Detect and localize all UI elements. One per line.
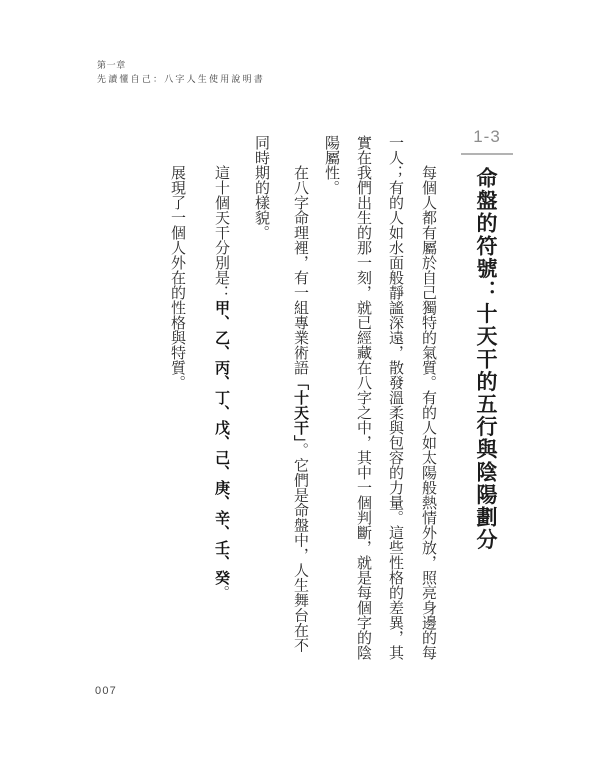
- body-run: 一人；有的人如水面般靜謐深遠，散發溫柔與包容的力量。這些性格的差異，其: [387, 135, 403, 660]
- body-column-8: 展現了一個人外在的性格與特質。: [168, 135, 186, 696]
- body-column-3: 實在我們出生的那一刻，就已經藏在八字之中，其中一個判斷，就是每個字的陰: [354, 135, 372, 666]
- body-column-7: 這十個天干分別是：甲、乙、丙、丁、戊、己、庚、辛、壬、癸。: [212, 135, 230, 696]
- body-run: 實在我們出生的那一刻，就已經藏在八字之中，其中一個判斷，就是每個字的陰: [355, 135, 371, 660]
- body-column-6: 同時期的樣貌。: [252, 135, 270, 666]
- chapter-header: 第一章 先讀懂自己：八字人生使用說明書: [97, 61, 265, 84]
- body-column-5: 在八字命理裡，有一組專業術語「十天干」。它們是命盤中，人生舞台在不: [291, 135, 309, 696]
- page-number: 007: [95, 685, 117, 697]
- body-run: 這十個天干分別是：: [213, 165, 229, 300]
- section-title: 命盤的符號：十天干的五行與陰陽劃分: [473, 167, 499, 559]
- body-run: 每個人都有屬於自己獨特的氣質。有的人如太陽般熱情外放，照亮身邊的每: [420, 165, 436, 660]
- body-text: 每個人都有屬於自己獨特的氣質。有的人如太陽般熱情外放，照亮身邊的每一人；有的人如…: [0, 0, 600, 777]
- body-column-1: 每個人都有屬於自己獨特的氣質。有的人如太陽般熱情外放，照亮身邊的每: [419, 135, 437, 696]
- body-run: 展現了一個人外在的性格與特質。: [169, 165, 185, 390]
- chapter-subtitle: 先讀懂自己：八字人生使用說明書: [97, 75, 265, 84]
- body-column-2: 一人；有的人如水面般靜謐深遠，散發溫柔與包容的力量。這些性格的差異，其: [386, 135, 404, 666]
- chapter-label: 第一章: [97, 61, 265, 70]
- section-number: 1-3: [461, 128, 513, 146]
- body-run: 同時期的樣貌。: [253, 135, 269, 240]
- body-run: 在八字命理裡，有一組專業術語: [292, 165, 308, 375]
- body-column-4: 陽屬性。: [322, 135, 340, 666]
- section-number-rule: [461, 153, 513, 155]
- body-run-bold: 「十天干」: [292, 375, 308, 443]
- body-run: 陽屬性。: [323, 135, 339, 195]
- body-run: 。它們是命盤中，人生舞台在不: [292, 443, 308, 653]
- body-run: 。: [213, 585, 229, 600]
- book-page: 第一章 先讀懂自己：八字人生使用說明書 1-3 命盤的符號：十天干的五行與陰陽劃…: [0, 0, 600, 777]
- body-run-bold: 甲、乙、丙、丁、戊、己、庚、辛、壬、癸: [213, 300, 229, 585]
